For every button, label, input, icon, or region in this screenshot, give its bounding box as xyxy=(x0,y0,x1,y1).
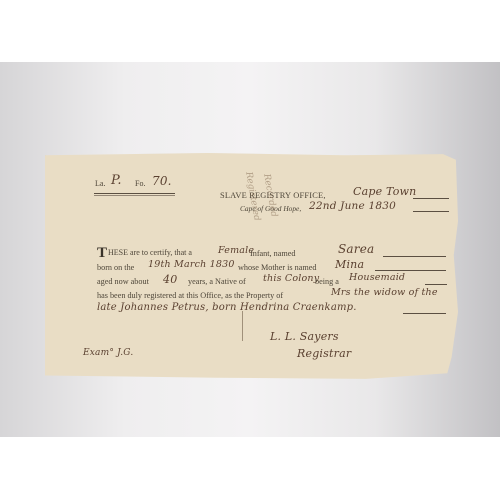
native-field: this Colony xyxy=(263,273,319,284)
registrar-signature: L. L. Sayers xyxy=(270,330,339,343)
mother-named-label: whose Mother is named xyxy=(238,263,316,272)
la-value: P. xyxy=(111,173,122,188)
occupation-field: Housemaid xyxy=(349,272,405,283)
registrar-title: Registrar xyxy=(297,347,351,360)
being-a-label: being a xyxy=(315,277,339,286)
owner-field-2: late Johannes Petrus, born Hendrina Crae… xyxy=(97,302,357,313)
fo-value: 70. xyxy=(152,174,172,188)
place-underline xyxy=(413,198,449,199)
born-on-label: born on the xyxy=(97,263,134,272)
fo-label: Fo. xyxy=(135,179,145,188)
name-underline xyxy=(383,256,446,257)
mother-name-field: Mina xyxy=(335,258,364,271)
la-label: La. xyxy=(95,179,105,188)
owner-field-1: Mrs the widow of the xyxy=(331,287,438,298)
occupation-underline xyxy=(425,284,447,285)
date-underline xyxy=(413,211,449,212)
exam-note: Exam° J.G. xyxy=(83,348,133,358)
registered-label: has been duly registered at this Office,… xyxy=(97,291,283,300)
sex-field: Female xyxy=(218,245,254,256)
infant-name-field: Sarea xyxy=(338,242,374,256)
vertical-stroke xyxy=(242,311,243,341)
slave-registry-certificate: La. P. Fo. 70. SLAVE REGISTRY OFFICE, Ca… xyxy=(45,153,473,380)
native-of-label: years, a Native of xyxy=(188,277,246,286)
age-field: 40 xyxy=(163,273,177,286)
reference-underline-2 xyxy=(94,195,175,196)
aged-about-label: aged now about xyxy=(97,277,149,286)
mother-underline xyxy=(375,270,446,271)
infant-named-label: Infant, named xyxy=(250,249,295,258)
office-date: 22nd June 1830 xyxy=(309,200,396,212)
dropcap-t: T xyxy=(97,245,107,261)
reference-underline xyxy=(94,193,175,194)
owner-underline xyxy=(403,313,446,314)
birth-date-field: 19th March 1830 xyxy=(148,259,235,270)
office-place: Cape Town xyxy=(353,185,416,198)
